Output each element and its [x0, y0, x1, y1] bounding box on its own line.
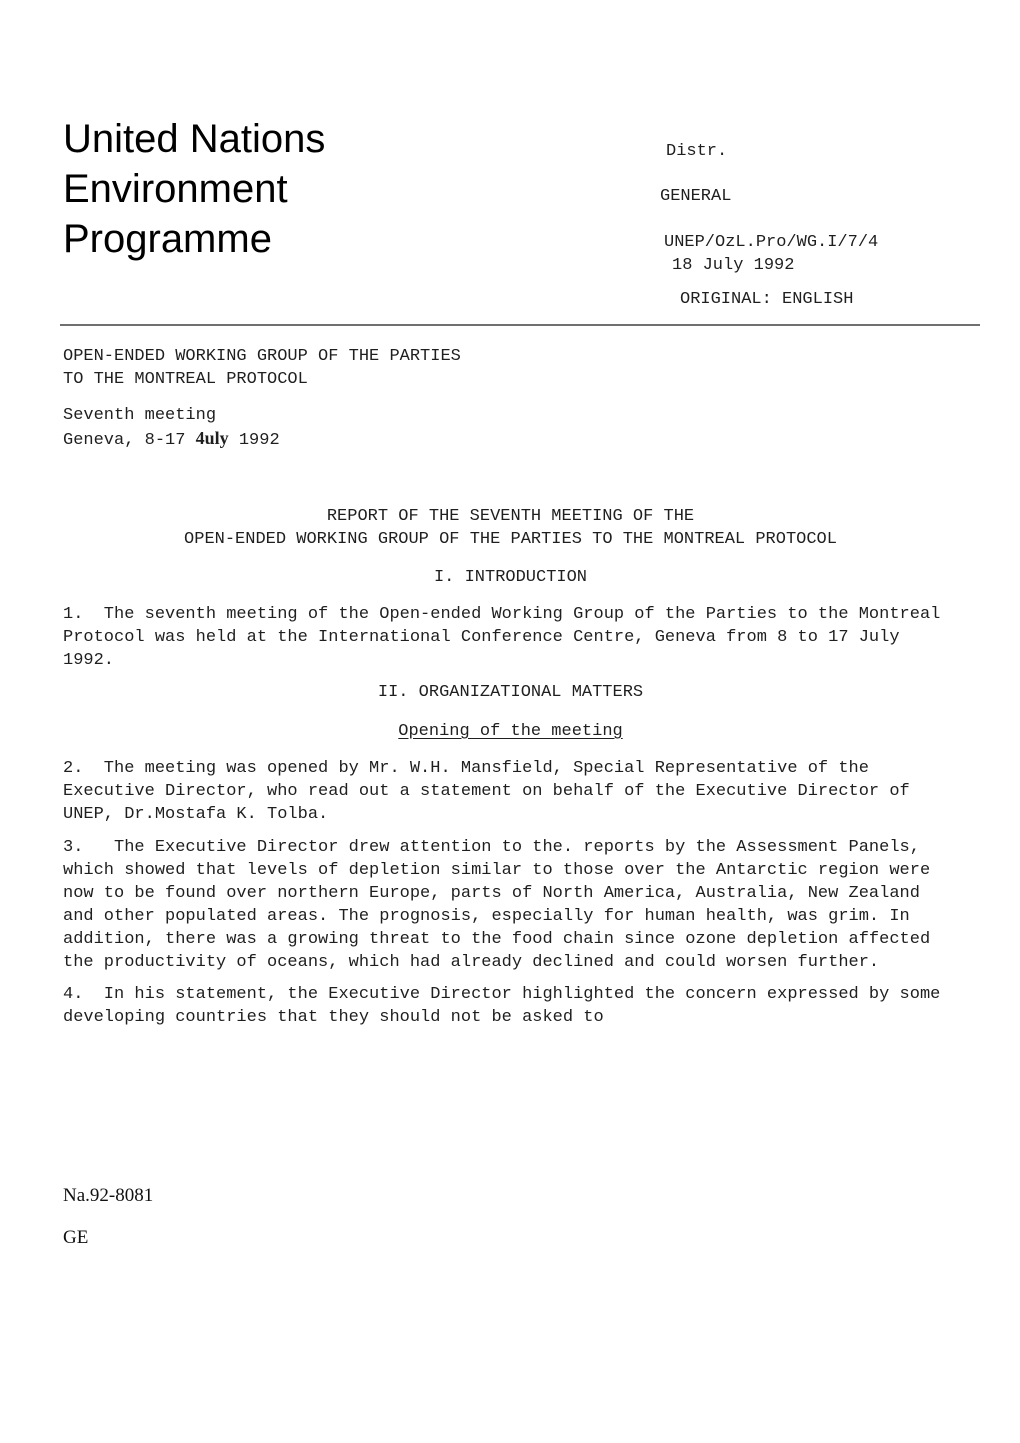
distr-category: GENERAL: [660, 185, 878, 208]
paragraph-3: 3. The Executive Director drew attention…: [63, 836, 958, 974]
paragraph-2: 2. The meeting was opened by Mr. W.H. Ma…: [63, 757, 958, 826]
meeting-line1: Seventh meeting: [63, 406, 216, 425]
distribution-block: Distr. GENERAL UNEP/OzL.Pro/WG.I/7/4 18 …: [660, 140, 878, 311]
ge-label: GE: [63, 1226, 88, 1250]
committee-name: OPEN-ENDED WORKING GROUP OF THE PARTIES …: [63, 345, 958, 391]
document-page: United Nations Environment Programme Dis…: [0, 0, 1020, 1443]
meeting-month: 4uly: [196, 428, 229, 448]
meeting-location-prefix: Geneva, 8-17: [63, 431, 196, 450]
meeting-year: 1992: [229, 431, 280, 450]
distr-label: Distr.: [660, 140, 878, 163]
document-body: OPEN-ENDED WORKING GROUP OF THE PARTIES …: [63, 345, 958, 1029]
intro-heading: I. INTRODUCTION: [63, 566, 958, 589]
report-title: REPORT OF THE SEVENTH MEETING OF THE OPE…: [63, 505, 958, 551]
opening-heading: Opening of the meeting: [63, 720, 958, 743]
paragraph-1: 1. The seventh meeting of the Open-ended…: [63, 603, 958, 672]
doc-date: 18 July 1992: [660, 254, 878, 277]
document-number: Na.92-8081: [63, 1184, 153, 1208]
org-title: United Nations Environment Programme: [63, 114, 325, 264]
original-language: ORIGINAL: ENGLISH: [660, 288, 878, 311]
paragraph-4: 4. In his statement, the Executive Direc…: [63, 983, 958, 1029]
doc-symbol: UNEP/OzL.Pro/WG.I/7/4: [660, 231, 878, 254]
org-matters-heading: II. ORGANIZATIONAL MATTERS: [63, 681, 958, 704]
meeting-session: Seventh meeting Geneva, 8-17 4uly 1992: [63, 404, 958, 452]
header-rule: [60, 324, 980, 326]
